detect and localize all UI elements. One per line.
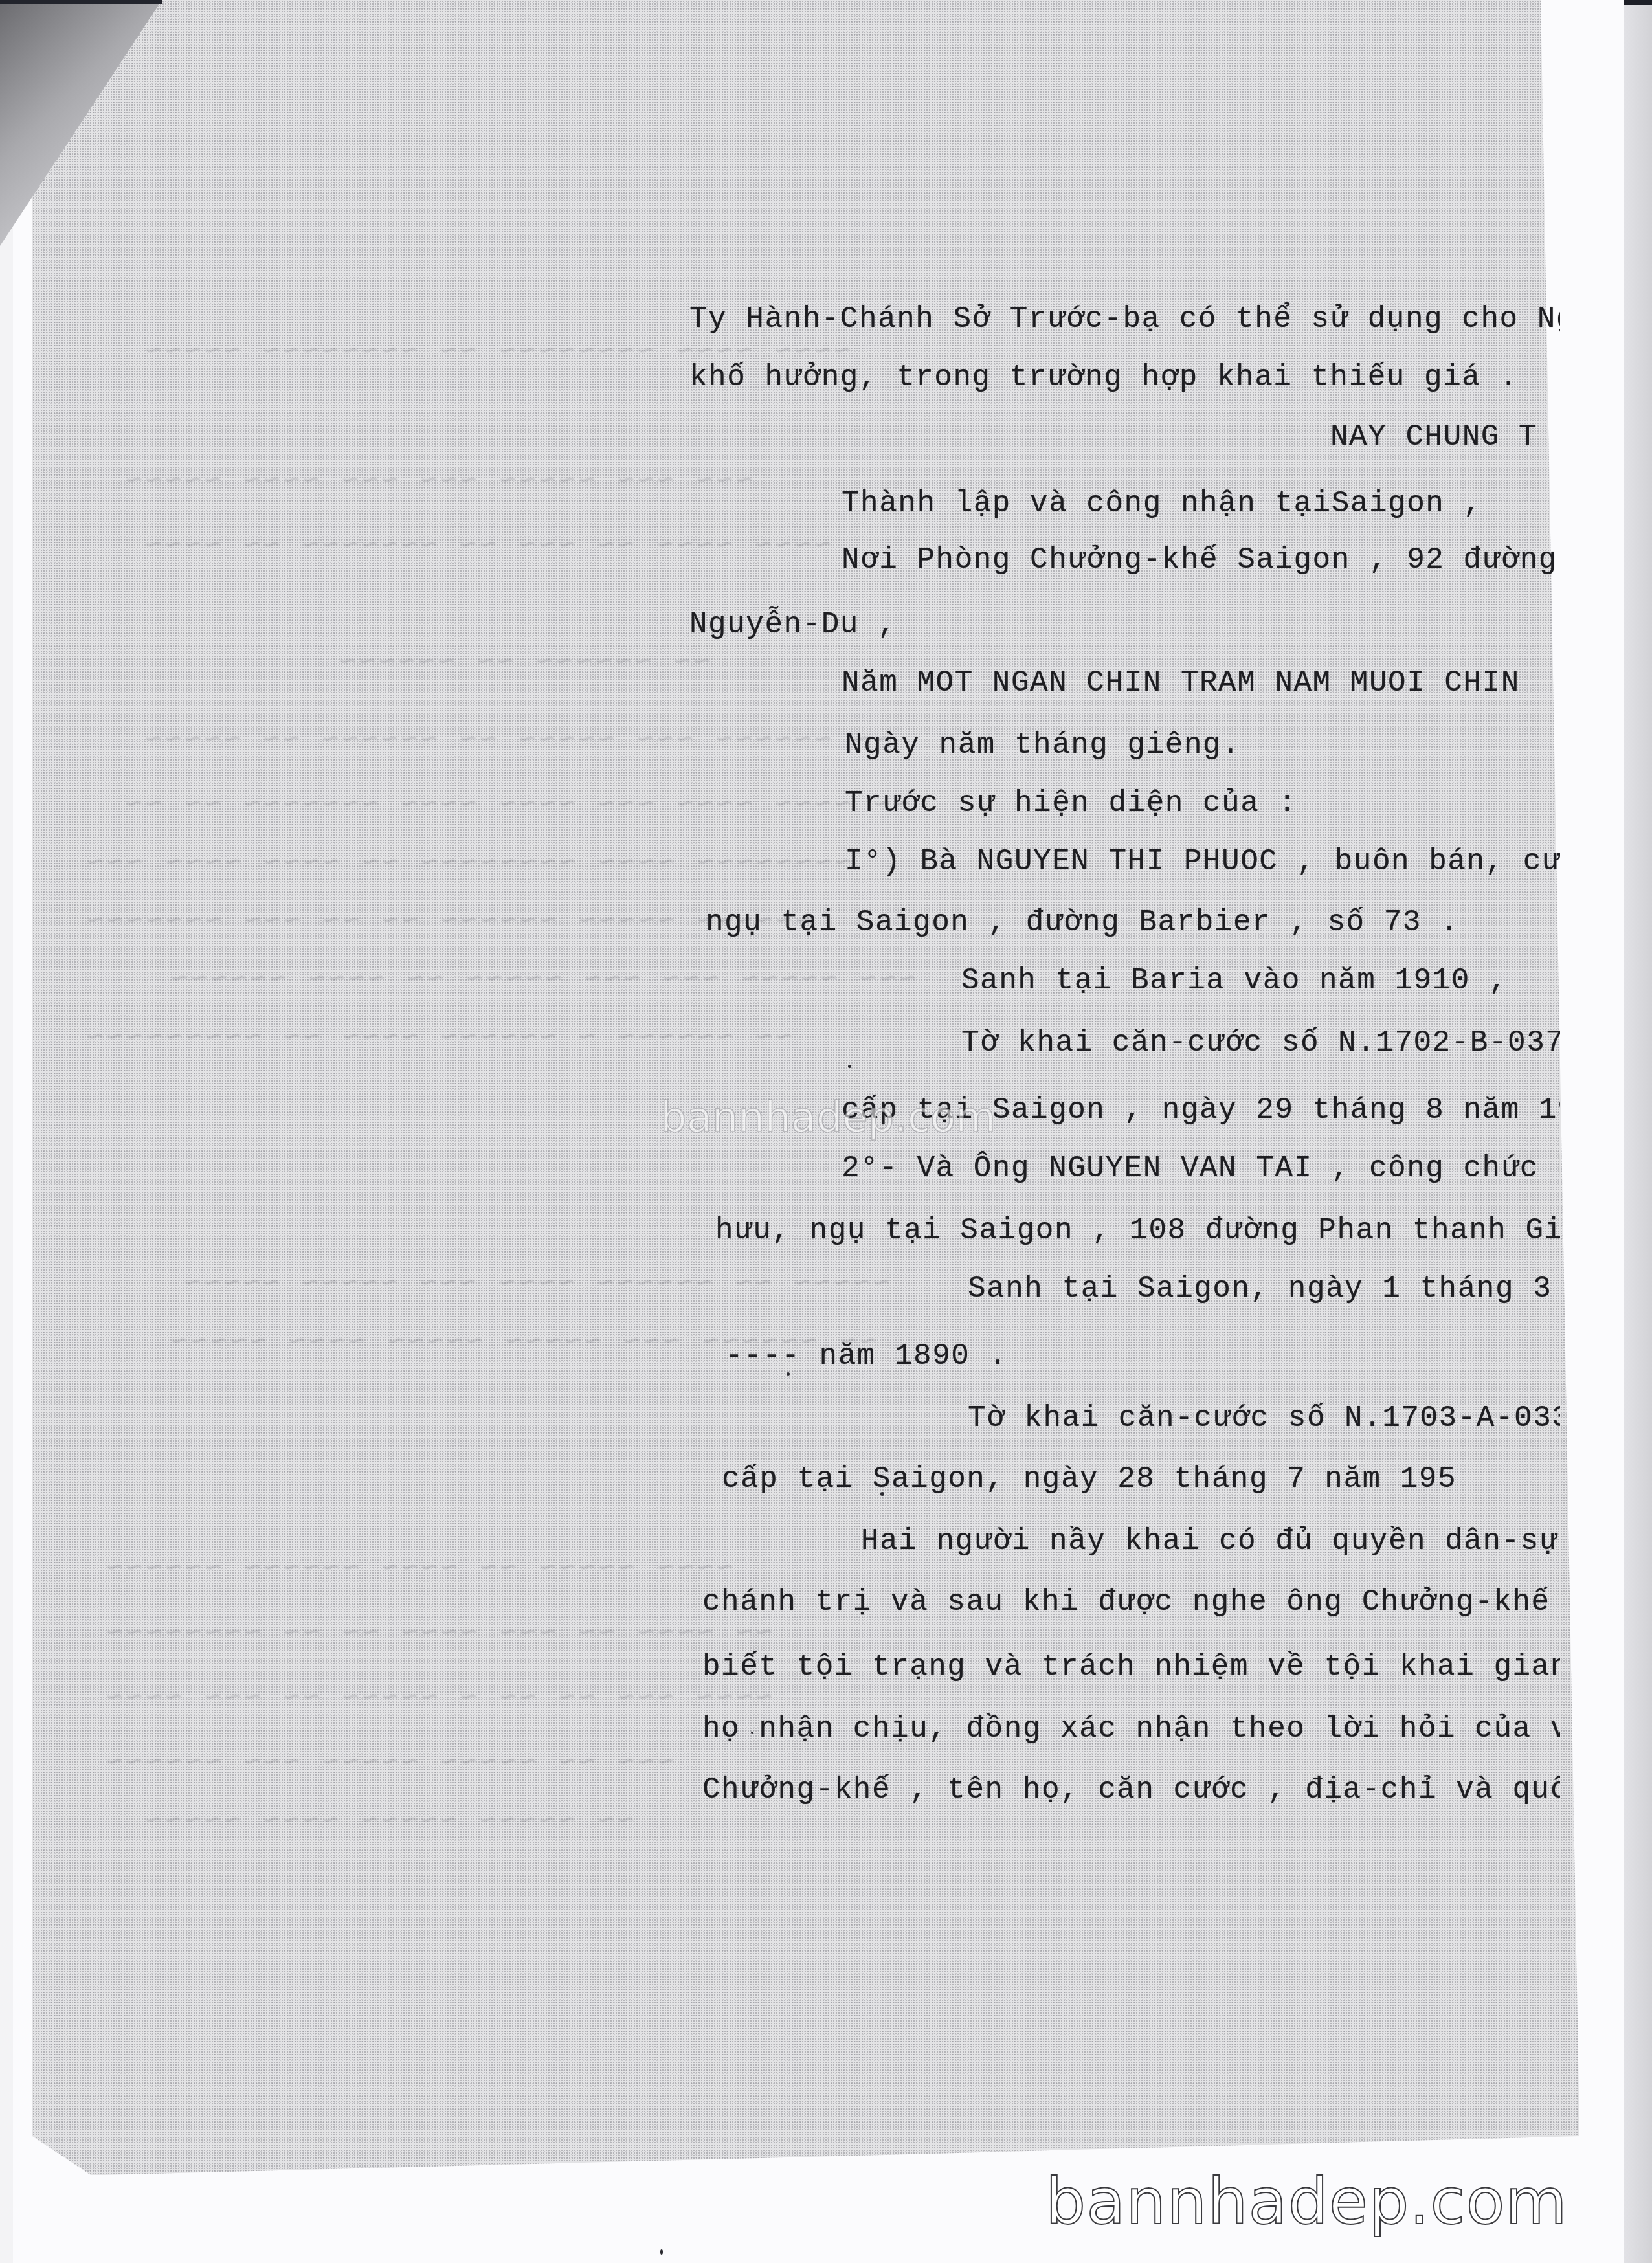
inline-watermark: bannhadep.com	[660, 1094, 996, 1142]
typed-line: Thành lập và công nhận tạiSaigon ,	[842, 489, 1482, 518]
typed-line: Năm MOT NGAN CHIN TRAM NAM MUOI CHIN	[842, 668, 1520, 698]
ink-speck	[725, 1732, 728, 1734]
ink-speck	[751, 1732, 753, 1734]
typed-line: Sanh tại Baria vào năm 1910 ,	[961, 966, 1508, 996]
typed-line: Ty Hành-Chánh Sở Trước-bạ có thể sử dụng…	[689, 304, 1560, 334]
typed-line: Nơi Phòng Chưởng-khế Saigon , 92 đường	[842, 545, 1557, 575]
typed-line: Sanh tại Saigon, ngày 1 tháng 3	[968, 1274, 1552, 1304]
scanned-page: ~~~~ ~~~~ ~~~~~~~~ ~~ ~~~~~~~~ ~~~~~ ~~~…	[13, 0, 1624, 2263]
typed-line: ---- năm 1890 .	[725, 1341, 1008, 1371]
typed-line: chánh trị và sau khi được nghe ông Chưởn…	[702, 1587, 1560, 1617]
ink-speck	[848, 1065, 851, 1068]
fold-shadow	[0, 0, 162, 4]
typed-line: 2°- Và Ông NGUYEN VAN TAI , công chức h	[842, 1154, 1560, 1183]
ink-speck	[880, 1492, 884, 1496]
typed-line: NAY CHUNG T	[1330, 422, 1537, 452]
typed-line: Tờ khai căn-cước số N.1703-A-0336	[968, 1403, 1560, 1433]
scanner-background-strip	[1624, 0, 1652, 2263]
typed-line: khố hưởng, trong trường hợp khai thiếu g…	[689, 362, 1519, 392]
typed-line: Hai người nầy khai có đủ quyền dân-sự v	[861, 1526, 1560, 1556]
typed-line: Tờ khai căn-cước số N.1702-B-0374	[961, 1028, 1560, 1058]
typed-line: họ nhận chịu, đồng xác nhận theo lời hỏi…	[702, 1714, 1560, 1744]
scanner-edge-shadow	[1622, 0, 1652, 5]
typed-text-region: Ty Hành-Chánh Sở Trước-bạ có thể sử dụng…	[13, 0, 1560, 2175]
typed-line: Ngày năm tháng giêng.	[845, 730, 1240, 760]
typed-line: ngụ tại Saigon , đường Barbier , số 73 .	[706, 908, 1459, 937]
typed-line: I°) Bà NGUYEN THI PHUOC , buôn bán, cư	[845, 847, 1560, 876]
typed-line: Nguyễn-Du ,	[689, 610, 897, 640]
site-watermark: bannhadep.com	[1045, 2165, 1568, 2239]
typed-line: biết tội trạng và trách nhiệm về tội kha…	[702, 1652, 1560, 1682]
ink-speck	[787, 1372, 790, 1376]
typed-line: cấp tại Saigon, ngày 28 tháng 7 năm 195	[722, 1464, 1457, 1494]
typed-line: hưu, ngụ tại Saigon , 108 đường Phan tha…	[715, 1216, 1560, 1245]
ink-speck	[660, 2249, 663, 2255]
typed-line: Trước sự hiện diện của :	[845, 788, 1297, 818]
typed-line: Chưởng-khế , tên họ, căn cước , địa-chỉ …	[702, 1775, 1560, 1805]
